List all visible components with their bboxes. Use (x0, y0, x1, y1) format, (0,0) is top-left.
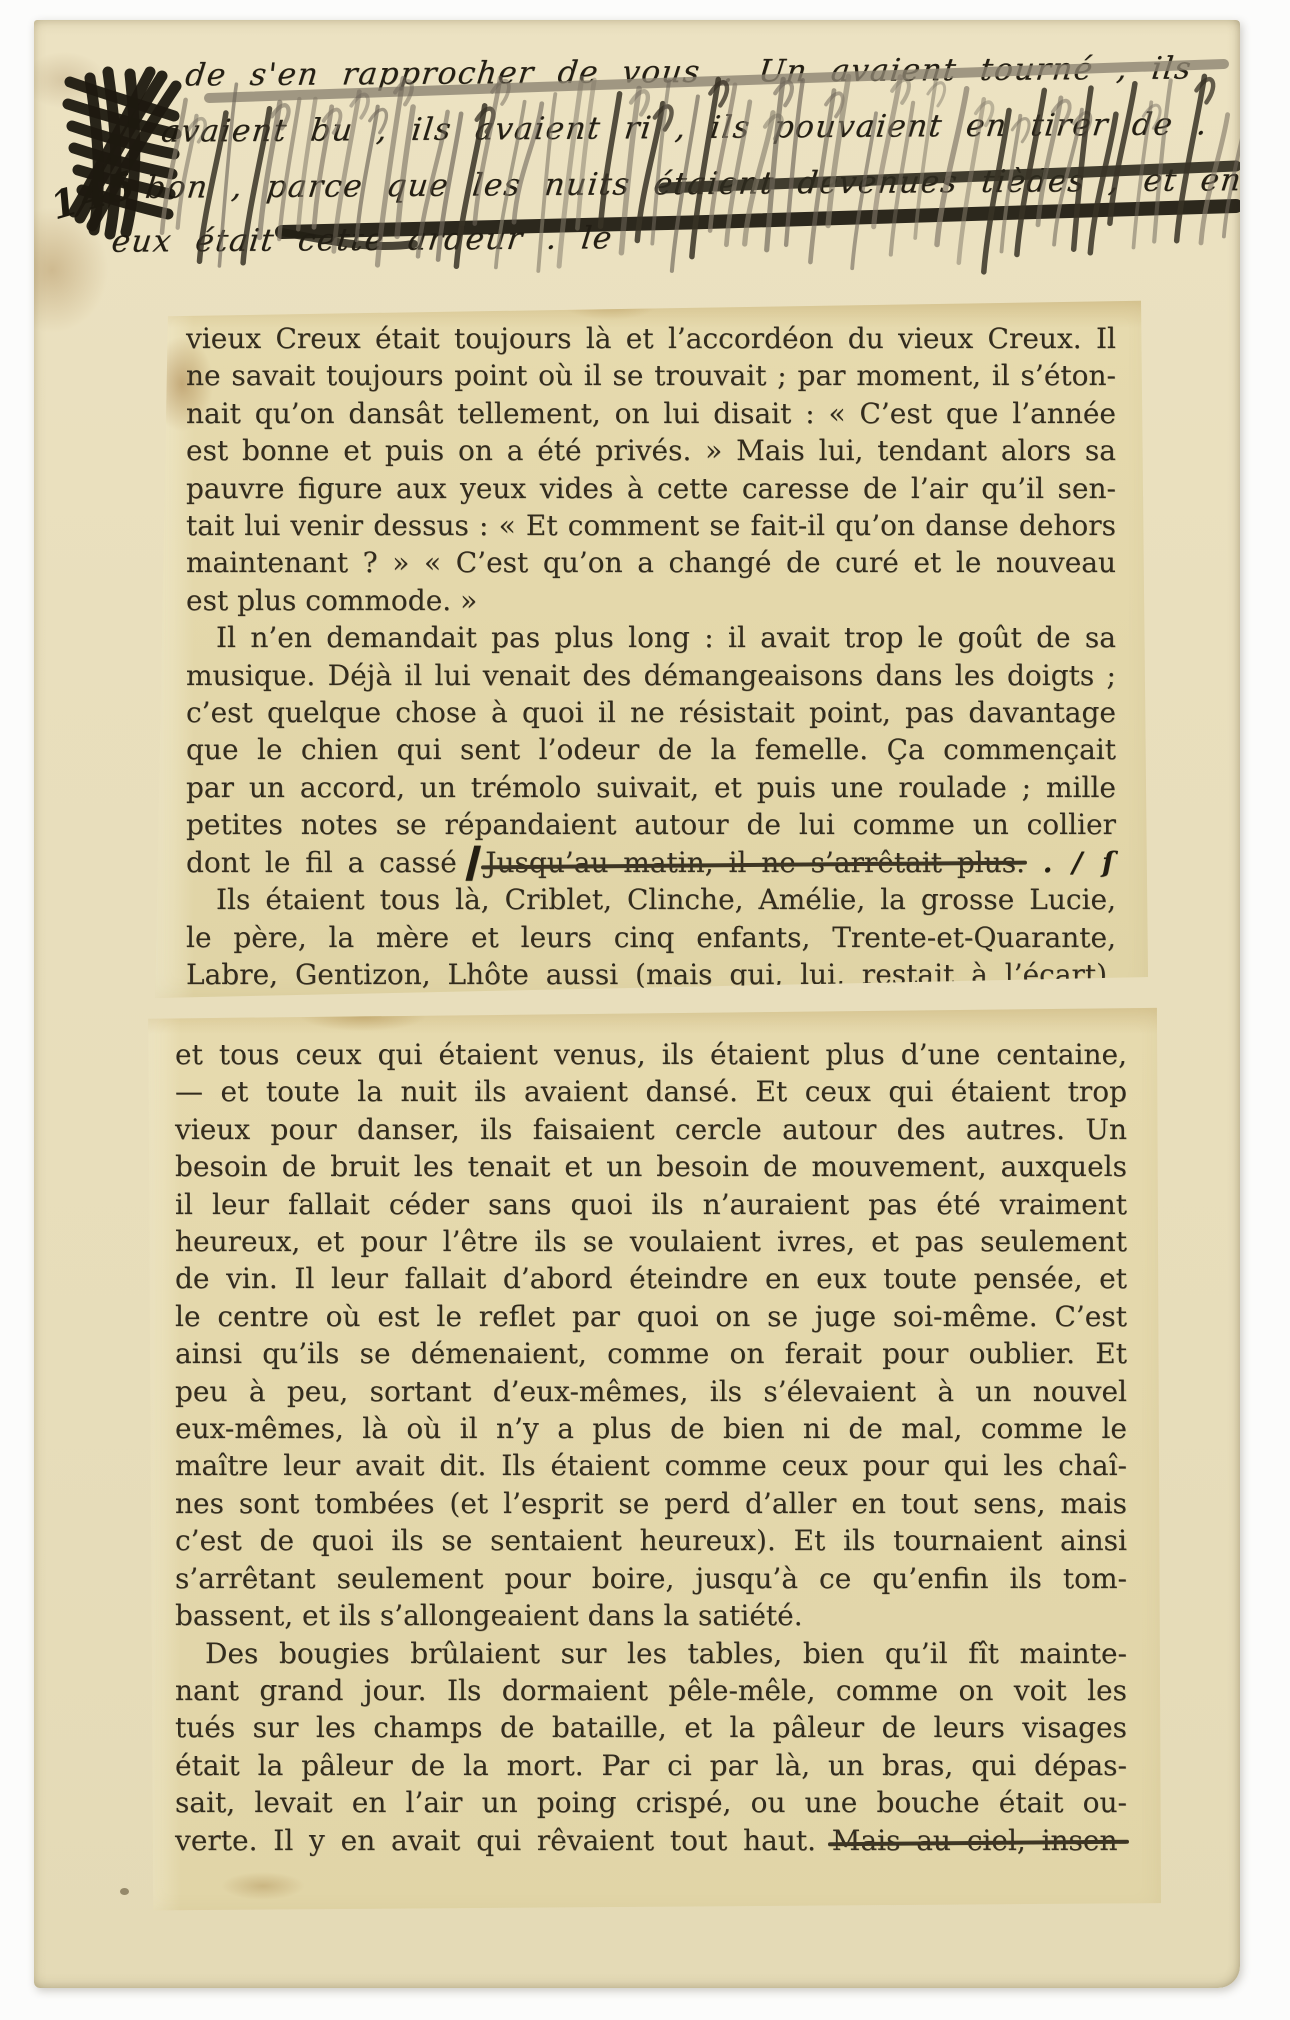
printed-clipping-2: et tous ceux qui étaient venus, ils étai… (143, 1006, 1161, 1914)
printed-text: que le chien qui sent l’odeur de la feme… (186, 733, 1116, 766)
printed-text-line: tués sur les champs de bataille, et la p… (175, 1709, 1127, 1746)
printed-text-line: le centre où est le reflet par quoi on s… (175, 1298, 1127, 1335)
struck-text: Mais au ciel, insen- (832, 1824, 1127, 1857)
printed-text: vieux Creux était toujours là et l’accor… (186, 322, 1116, 355)
printed-text-line: verte. Il y en avait qui rêvaient tout h… (175, 1822, 1127, 1859)
printed-text: musique. Déjà il lui venait des démangea… (186, 659, 1116, 692)
manuscript-page: de s'en rapprocher de vous . Un avaient … (34, 20, 1240, 1988)
printed-text-line: Labre, Gentizon, Lhôte aussi (mais qui, … (186, 956, 1116, 993)
printed-text: était la pâleur de la mort. Par ci par l… (175, 1749, 1127, 1782)
printed-text-line: était la pâleur de la mort. Par ci par l… (175, 1747, 1127, 1784)
printed-text-line: petites notes se répandaient autour de l… (186, 806, 1116, 843)
handwritten-line: avaient bu , ils avaient ri , ils pouvai… (159, 106, 1210, 149)
printed-text-line: heureux, et pour l’être ils se voulaient… (175, 1223, 1127, 1260)
printed-text-line: nait qu’on dansât tellement, on lui disa… (186, 395, 1116, 432)
printed-text-line: par un accord, un trémolo suivait, et pu… (186, 769, 1116, 806)
printed-text: dont le fil a cassé (186, 846, 457, 879)
printed-text-line: sait, levait en l’air un poing crispé, o… (175, 1784, 1127, 1821)
printed-text: c’est quelque chose à quoi il ne résista… (186, 696, 1116, 729)
handwritten-mark: ❙ (457, 841, 486, 881)
printed-text-line: — et toute la nuit ils avaient dansé. Et… (175, 1073, 1127, 1110)
printed-text-line: le père, la mère et leurs cinq enfants, … (186, 919, 1116, 956)
printed-text: nait qu’on dansât tellement, on lui disa… (186, 397, 1116, 430)
printed-text: sait, levait en l’air un poing crispé, o… (175, 1786, 1127, 1819)
printed-text: de vin. Il leur fallait d’abord éteindre… (175, 1262, 1127, 1295)
printed-text: verte. Il y en avait qui rêvaient tout h… (175, 1824, 832, 1857)
handwritten-annotations: de s'en rapprocher de vous . Un avaient … (34, 20, 1240, 290)
clipping-2-text: et tous ceux qui étaient venus, ils étai… (175, 1036, 1127, 1859)
printed-text: peu à peu, sortant d’eux-mêmes, ils s’él… (175, 1375, 1127, 1408)
printed-text: ne savait toujours point où il se trouva… (186, 359, 1116, 392)
printed-text: petites notes se répandaient autour de l… (186, 808, 1116, 841)
printed-text: Ils étaient tous là, Criblet, Clinche, A… (186, 883, 1116, 916)
printed-text-line: il leur fallait céder sans quoi ils n’au… (175, 1186, 1127, 1223)
printed-text-line: eux-mêmes, là où il n’y a plus de bien n… (175, 1410, 1127, 1447)
printed-text: est plus commode. » (186, 584, 477, 617)
printed-text: par un accord, un trémolo suivait, et pu… (186, 771, 1116, 804)
printed-text: ainsi qu’ils se démenaient, comme on fer… (175, 1337, 1127, 1370)
printed-text-line: besoin de bruit les tenait et un besoin … (175, 1148, 1127, 1185)
printed-text: pauvre figure aux yeux vides à cette car… (186, 472, 1116, 505)
printed-text: bassent, et ils s’allongeaient dans la s… (175, 1599, 803, 1632)
handwritten-line: de s'en rapprocher de vous . Un avaient … (183, 50, 1194, 93)
printed-text-line: ne savait toujours point où il se trouva… (186, 357, 1116, 394)
printed-text-line: maître leur avait dit. Ils étaient comme… (175, 1447, 1127, 1484)
printed-text: vieux pour danser, ils faisaient cercle … (175, 1113, 1127, 1146)
printed-text: le centre où est le reflet par quoi on s… (175, 1300, 1127, 1333)
printed-text: et tous ceux qui étaient venus, ils étai… (175, 1038, 1127, 1071)
printed-text: Labre, Gentizon, Lhôte aussi (mais qui, … (186, 958, 1116, 991)
printed-text: Il n’en demandait pas plus long : il ava… (186, 621, 1116, 654)
printed-text: c’est de quoi ils se sentaient heureux).… (175, 1524, 1127, 1557)
printed-text: Des bougies brûlaient sur les tables, bi… (175, 1637, 1127, 1670)
printed-text: est bonne et puis on a été privés. » Mai… (186, 434, 1116, 467)
printed-clipping-1: vieux Creux était toujours là et l’accor… (152, 298, 1148, 998)
handwritten-line: eux était cette ardeur . le (110, 220, 615, 259)
printed-text: heureux, et pour l’être ils se voulaient… (175, 1225, 1127, 1258)
printed-text-line: vieux Creux était toujours là et l’accor… (186, 320, 1116, 357)
printed-text-line: ainsi qu’ils se démenaient, comme on fer… (175, 1335, 1127, 1372)
printed-text-line: c’est de quoi ils se sentaient heureux).… (175, 1522, 1127, 1559)
printed-text-line: c’est quelque chose à quoi il ne résista… (186, 694, 1116, 731)
printed-text-line: est bonne et puis on a été privés. » Mai… (186, 432, 1116, 469)
printed-text-line: Des bougies brûlaient sur les tables, bi… (175, 1635, 1127, 1672)
printed-text-line: peu à peu, sortant d’eux-mêmes, ils s’él… (175, 1373, 1127, 1410)
printed-text-line: que le chien qui sent l’odeur de la feme… (186, 731, 1116, 768)
printed-text-line: Ils étaient tous là, Criblet, Clinche, A… (186, 881, 1116, 918)
printed-text: — et toute la nuit ils avaient dansé. Et… (175, 1075, 1127, 1108)
printed-text: maître leur avait dit. Ils étaient comme… (175, 1449, 1127, 1482)
ink-speck (120, 1888, 129, 1895)
printed-text-line: maintenant ? » « C’est qu’on a changé de… (186, 544, 1116, 581)
printed-text-line: vieux pour danser, ils faisaient cercle … (175, 1111, 1127, 1148)
printed-text-line: Il n’en demandait pas plus long : il ava… (186, 619, 1116, 656)
printed-text: tait lui venir dessus : « Et comment se … (186, 509, 1116, 542)
printed-text-line: nant grand jour. Ils dormaient pêle-mêle… (175, 1672, 1127, 1709)
printed-text-line: s’arrêtant seulement pour boire, jusqu’à… (175, 1560, 1127, 1597)
printed-text: le père, la mère et leurs cinq enfants, … (186, 921, 1116, 954)
handwritten-line: bon , parce que les nuits étaient devenu… (143, 162, 1244, 206)
printed-text-line: de vin. Il leur fallait d’abord éteindre… (175, 1260, 1127, 1297)
printed-text: nes sont tombées (et l’esprit se perd d’… (175, 1487, 1127, 1520)
printed-text-line: et tous ceux qui étaient venus, ils étai… (175, 1036, 1127, 1073)
printed-text: s’arrêtant seulement pour boire, jusqu’à… (175, 1562, 1127, 1595)
printed-text: il leur fallait céder sans quoi ils n’au… (175, 1188, 1127, 1221)
printed-text: nant grand jour. Ils dormaient pêle-mêle… (175, 1674, 1127, 1707)
printed-text-line: dont le fil a cassé❙Jusqu’au matin, il n… (186, 844, 1116, 881)
struck-text: Jusqu’au matin, il ne s’arrêtait plus. (485, 846, 1025, 879)
printed-text: eux-mêmes, là où il n’y a plus de bien n… (175, 1412, 1127, 1445)
printed-text-line: musique. Déjà il lui venait des démangea… (186, 657, 1116, 694)
printed-text: tués sur les champs de bataille, et la p… (175, 1711, 1127, 1744)
printed-text-line: bassent, et ils s’allongeaient dans la s… (175, 1597, 1127, 1634)
printed-text: maintenant ? » « C’est qu’on a changé de… (186, 546, 1116, 579)
clipping-1-text: vieux Creux était toujours là et l’accor… (186, 320, 1116, 993)
scan-backdrop: { "document": { "page_number": "145", "c… (0, 0, 1290, 2020)
handwritten-mark: . / ſ (1025, 846, 1116, 879)
printed-text-line: nes sont tombées (et l’esprit se perd d’… (175, 1485, 1127, 1522)
printed-text-line: pauvre figure aux yeux vides à cette car… (186, 470, 1116, 507)
printed-text-line: est plus commode. » (186, 582, 1116, 619)
printed-text-line: tait lui venir dessus : « Et comment se … (186, 507, 1116, 544)
printed-text: besoin de bruit les tenait et un besoin … (175, 1150, 1127, 1183)
